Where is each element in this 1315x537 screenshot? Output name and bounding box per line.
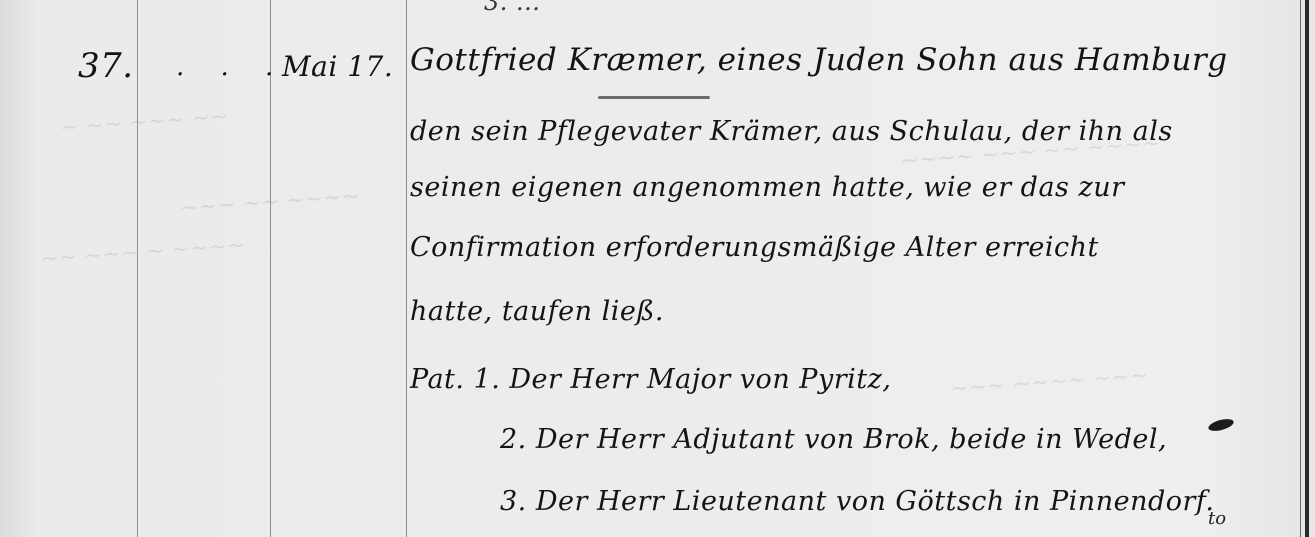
bleed-through-text: ~~ ~~~ ~ ~~~~ xyxy=(39,233,246,272)
record-line-5: hatte, taufen ließ. xyxy=(410,296,664,327)
right-margin-line xyxy=(1300,0,1301,537)
right-margin-rule xyxy=(1305,0,1309,537)
godparent-line-3: 3. Der Herr Lieutenant von Göttsch in Pi… xyxy=(500,486,1215,517)
record-line-4: Confirmation erforderungsmäßige Alter er… xyxy=(410,232,1099,263)
godparent-line-2: 2. Der Herr Adjutant von Brok, beide in … xyxy=(500,424,1167,455)
record-line-3: seinen eigenen angenommen hatte, wie er … xyxy=(410,172,1125,203)
ink-blot xyxy=(1207,417,1235,433)
margin-annotation: to xyxy=(1208,508,1226,529)
entry-date: Mai 17. xyxy=(282,50,393,83)
column-divider xyxy=(137,0,138,537)
previous-entry-fragment: 3. ... xyxy=(484,0,540,16)
bleed-through-text: ~~~ ~~~~ ~~~ xyxy=(949,363,1149,402)
entry-number: 37. xyxy=(78,46,134,86)
name-underline xyxy=(598,96,710,99)
record-line-1: Gottfried Kræmer, eines Juden Sohn aus H… xyxy=(410,42,1228,78)
godparent-line-1: Pat. 1. Der Herr Major von Pyritz, xyxy=(410,364,891,395)
column-divider xyxy=(406,0,407,537)
bleed-through-text: ~ ~~ ~~~ ~~ xyxy=(59,104,229,141)
record-line-2: den sein Pflegevater Krämer, aus Schulau… xyxy=(410,116,1173,147)
register-page: ~ ~~ ~~~ ~~ ~~~ ~~ ~~~~ ~~ ~~~ ~ ~~~~ ~~… xyxy=(0,0,1315,537)
